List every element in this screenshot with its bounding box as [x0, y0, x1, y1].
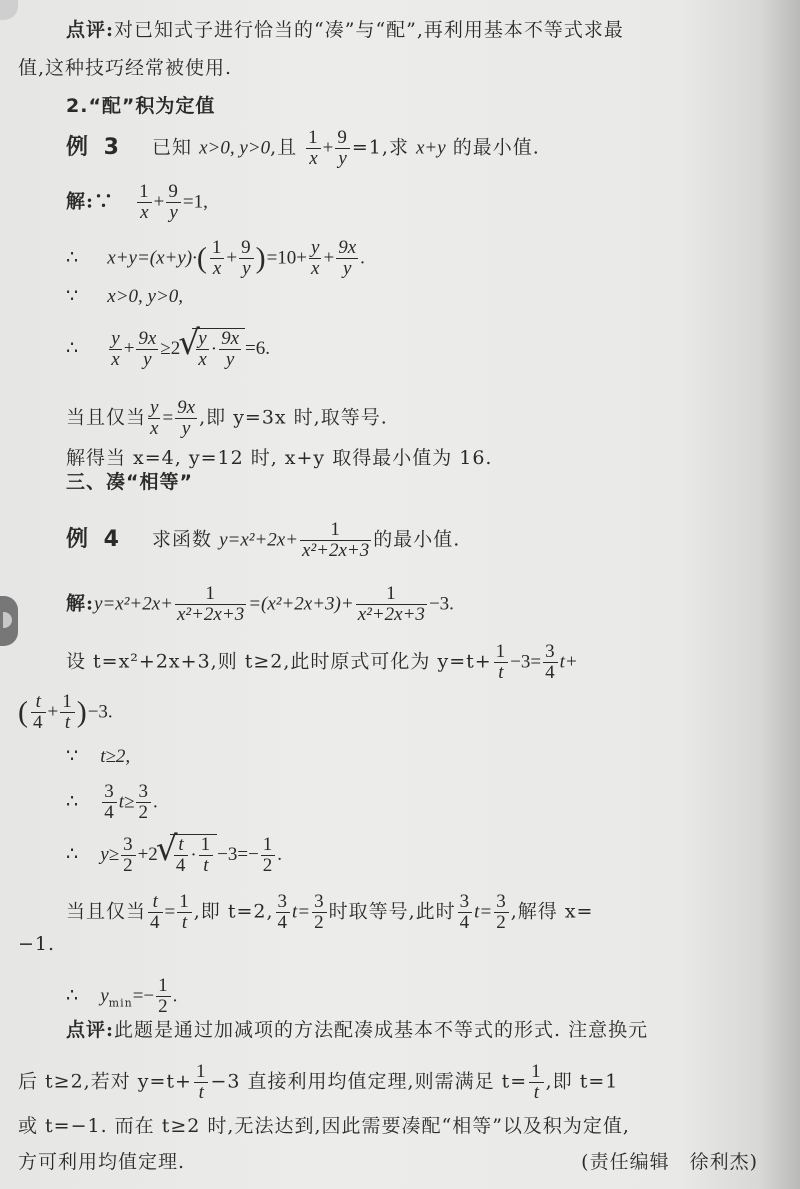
document-page: 点评:对已知式子进行恰当的“凑”与“配”,再利用基本不等式求最 值,这种技巧经常… — [0, 0, 800, 1189]
remark-2-line-2: 后 t≥2,若对 y=t+1t−3 直接利用均值定理,则需满足 t=1t,即 t… — [18, 1062, 780, 1103]
solution-3-step-4: ∴ yx+9xy≥2yx·9xy=6. — [66, 328, 780, 370]
remark-2-line-4: 方可利用均值定理. (责任编辑 徐利杰) — [18, 1150, 780, 1174]
solution-4-line-1: 解:y=x²+2x+1x²+2x+3=(x²+2x+3)+1x²+2x+3−3. — [66, 584, 780, 625]
solution-4-equality-condition-cont: −1. — [18, 932, 780, 956]
remark-2-line-3: 或 t=−1. 而在 t≥2 时,无法达到,因此需要凑配“相等”以及积为定值, — [18, 1114, 780, 1138]
example-4-statement: 例 4 求函数 y=x²+2x+1x²+2x+3的最小值. — [66, 520, 780, 561]
solution-3-result: 解得当 x=4, y=12 时, x+y 取得最小值为 16. — [66, 446, 780, 470]
page-corner-shadow — [0, 0, 18, 20]
solution-4-line-2: 设 t=x²+2x+3,则 t≥2,此时原式可化为 y=t+1t−3=34t+ — [66, 642, 780, 683]
solution-3-step-1: 解:∵ 1x+9y=1, — [66, 182, 780, 223]
solution-4-step-2: ∴ 34t≥32. — [66, 782, 780, 823]
square-root: yx·9xy — [192, 328, 245, 370]
remark-1-line-1: 点评:对已知式子进行恰当的“凑”与“配”,再利用基本不等式求最 — [66, 18, 780, 42]
solution-4-step-3: ∴ y≥32+2t4·1t−3=−12. — [66, 834, 780, 876]
solution-4-minimum: ∴ ymin=−12. — [66, 976, 780, 1017]
remark-2-line-1: 点评:此题是通过加减项的方法配凑成基本不等式的形式. 注意换元 — [66, 1018, 780, 1042]
solution-4-equality-condition: 当且仅当t4=1t,即 t=2,34t=32时取等号,此时34t=32,解得 x… — [66, 892, 780, 933]
remark-1-line-2: 值,这种技巧经常被使用. — [18, 56, 780, 80]
solution-4-line-3: (t4+1t)−3. — [18, 692, 780, 733]
section-3-title: 三、凑“相等” — [66, 470, 780, 494]
fraction-9-over-y: 9y — [335, 128, 350, 169]
editor-credit: (责任编辑 徐利杰) — [581, 1150, 758, 1174]
example-3-label: 例 3 — [66, 135, 123, 160]
example-4-label: 例 4 — [66, 527, 123, 552]
solution-3-step-3: ∵ x>0, y>0, — [66, 284, 780, 309]
section-2-title: 2.“配”积为定值 — [66, 94, 780, 118]
binding-tab-icon — [0, 596, 18, 646]
example-3-statement: 例 3 已知 x>0, y>0,且 1x+9y=1,求 x+y 的最小值. — [66, 128, 780, 169]
square-root: t4·1t — [170, 834, 217, 876]
solution-4-step-1: ∵ t≥2, — [66, 744, 780, 769]
fraction-1-over-x: 1x — [306, 128, 321, 169]
solution-3-step-2: ∴ x+y=(x+y)·(1x+9y)=10+yx+9xy. — [66, 238, 780, 279]
solution-3-equality-condition: 当且仅当yx=9xy,即 y=3x 时,取等号. — [66, 398, 780, 439]
